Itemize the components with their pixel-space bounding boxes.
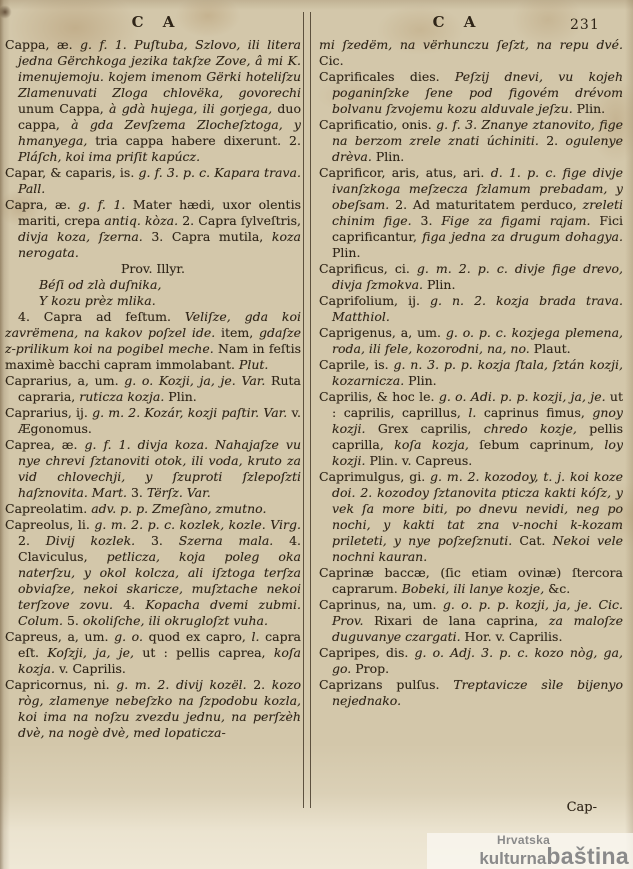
text-segment: Rixari de lana caprina, <box>374 613 549 628</box>
text-segment: 2. <box>546 133 565 148</box>
column-divider-rule <box>303 12 311 808</box>
text-segment: 3. Capra mutila, <box>151 229 272 244</box>
scanned-dictionary-page: { "page": { "header_left": "C A", "heade… <box>0 0 633 869</box>
text-segment: Caprifolium, ij. <box>319 293 430 308</box>
text-segment: Szerna mala. <box>179 533 289 548</box>
text-segment: g. o. <box>114 629 149 644</box>
watermark-word-bastina: baština <box>546 843 629 869</box>
right-text-column: mi ſzedëm, na vërhunczu ſeſzt, na repu d… <box>319 37 623 803</box>
watermark-word-kulturna: kulturna <box>479 849 546 868</box>
entry-caprilis: Caprilis, & hoc le. g. o. Adi. p. p. koz… <box>319 389 623 469</box>
entry-caprifolium: Caprifolium, ij. g. n. 2. kozja brada tr… <box>319 293 623 325</box>
text-segment: ſebum caprinum, <box>479 437 604 452</box>
text-segment: Cat. <box>519 533 552 548</box>
text-segment: Plin. <box>408 373 436 388</box>
text-segment: Caprarius, a, um. <box>5 373 124 388</box>
entry-caprea: Caprea, æ. g. f. 1. divja koza. Nahajaſz… <box>5 437 301 501</box>
entry-verse-1: Béſi od zlà duſnika, <box>5 277 301 293</box>
text-segment: g. m. 2. p. c. kozlek, kozle. Virg. <box>94 517 301 532</box>
entry-caprile: Caprile, is. g. n. 3. p. p. kozja ſtala,… <box>319 357 623 389</box>
text-segment: ut : pellis caprea, <box>142 645 274 660</box>
text-segment: Caprea, æ. <box>5 437 85 452</box>
entry-caprarius-adj: Caprarius, a, um. g. o. Kozji, ja, je. V… <box>5 373 301 405</box>
text-segment: ruticza kozja. <box>79 389 168 404</box>
text-segment: Plin. <box>332 245 360 260</box>
entry-caprigenus: Caprigenus, a, um. g. o. p. c. kozjega p… <box>319 325 623 357</box>
text-segment: divja koza, ſzerna. <box>18 229 151 244</box>
text-segment: g. o. Adi. p. p. kozji, ja, je. <box>439 389 610 404</box>
text-segment: quod ex capro, <box>149 629 252 644</box>
text-segment: Caprizans pulſus. <box>319 677 453 692</box>
text-segment: Cappa, æ. <box>5 37 80 52</box>
text-segment: Caprificus, ci. <box>319 261 417 276</box>
text-segment: Capar, & caparis, is. <box>5 165 138 180</box>
text-segment: Plin. <box>376 149 404 164</box>
text-segment: 4. <box>123 597 145 612</box>
text-segment: Pláſch, koi ima priſit kapúcz. <box>18 149 200 164</box>
text-segment: g. m. 2. Kozár, kozji paſtir. Var. <box>92 405 291 420</box>
text-segment: Caprile, is. <box>319 357 393 372</box>
text-segment: Bobeki, ili lanye kozje, <box>402 581 548 596</box>
text-segment: Prov. Illyr. <box>121 261 185 276</box>
text-segment: Fige za figami rajam. <box>441 213 599 228</box>
running-header-right: C A <box>319 13 589 31</box>
entry-capar: Capar, & caparis, is. g. f. 3. p. c. Kap… <box>5 165 301 197</box>
entry-caprimulgus: Caprimulgus, gi. g. m. 2. kozodoy, t. j.… <box>319 469 623 565</box>
text-segment: Caprimulgus, gi. <box>319 469 430 484</box>
text-segment: g. m. 2. divij kozël. <box>116 677 253 692</box>
text-segment: 3. <box>421 213 442 228</box>
entry-capripes: Capripes, dis. g. o. Adj. 3. p. c. kozo … <box>319 645 623 677</box>
text-segment: Cic. <box>319 53 344 68</box>
text-segment: Plut. <box>239 357 268 372</box>
text-segment: Koſzji, ja, je, <box>47 645 142 660</box>
text-segment: 4. Capra ad feſtum. <box>18 309 185 324</box>
page-number: 231 <box>570 17 620 33</box>
text-segment: adv. p. p. Zmeſàno, zmutno. <box>91 501 266 516</box>
entry-caprificales-dies: Caprificales dies. Peſzij dnevi, vu koje… <box>319 69 623 117</box>
text-segment: tria cappa habere dixerunt. 2. <box>95 133 301 148</box>
entry-capricornus: Capricornus, ni. g. m. 2. divij kozël. 2… <box>5 677 301 741</box>
text-segment: Caprarius, ij. <box>5 405 92 420</box>
watermark-line-bottom: kulturnabaština <box>427 846 633 869</box>
text-segment: Capra, æ. <box>5 197 78 212</box>
entry-caprarius-noun: Caprarius, ij. g. m. 2. Kozár, kozji paſ… <box>5 405 301 437</box>
text-segment: figa jedna za drugum dohagya. <box>422 229 623 244</box>
text-segment: item, <box>221 325 259 340</box>
text-segment: Capripes, dis. <box>319 645 415 660</box>
text-segment: Y kozu prèz mlika. <box>39 293 156 308</box>
text-segment: Caprigenus, a, um. <box>319 325 446 340</box>
text-segment: Prop. <box>355 661 389 676</box>
text-segment: chredo kozje, <box>484 421 590 436</box>
text-segment: Hor. v. Caprilis. <box>465 629 563 644</box>
text-segment: Plin. v. Capreus. <box>370 453 473 468</box>
entry-capreolus: Capreolus, li. g. m. 2. p. c. kozlek, ko… <box>5 517 301 629</box>
entry-caprificatio: Caprificatio, onis. g. f. 3. Znanye ztan… <box>319 117 623 165</box>
entry-capra-ad-festum: 4. Capra ad feſtum. Veliſze, gda koi zav… <box>5 309 301 373</box>
entry-caprificus: Caprificus, ci. g. m. 2. p. c. divje fig… <box>319 261 623 293</box>
text-segment: Divij kozlek. <box>46 533 151 548</box>
text-segment: Plin. <box>577 101 605 116</box>
entry-capreus: Capreus, a, um. g. o. quod ex capro, l. … <box>5 629 301 677</box>
text-segment: caprinus fimus, <box>484 405 593 420</box>
entry-capricornus-continuation: mi ſzedëm, na vërhunczu ſeſzt, na repu d… <box>319 37 623 69</box>
text-segment: g. o. Kozji, ja, je. Var. <box>124 373 271 388</box>
entry-caprizans-pulsus: Caprizans pulſus. Treptavicze sìle bijen… <box>319 677 623 709</box>
text-segment: mi ſzedëm, na vërhunczu ſeſzt, na repu d… <box>319 37 623 52</box>
catchword: Cap- <box>319 800 611 815</box>
text-segment: Plin. <box>168 389 196 404</box>
text-segment: 5. <box>67 613 83 628</box>
entry-verse-2: Y kozu prèz mlika. <box>5 293 301 309</box>
text-segment: Béſi od zlà duſnika, <box>39 277 161 292</box>
text-segment: v. Caprilis. <box>59 661 126 676</box>
text-segment: Caprificatio, onis. <box>319 117 436 132</box>
text-segment: 2. Ad maturitatem perduco, <box>395 197 583 212</box>
entry-caprinae-baccae: Caprinæ baccæ, (ſic etiam ovinæ) ſtercor… <box>319 565 623 597</box>
entry-cappa: Cappa, æ. g. f. 1. Puſtuba, Szlovo, ili … <box>5 37 301 165</box>
text-segment: Capricornus, ni. <box>5 677 116 692</box>
text-segment: Caprinus, na, um. <box>319 597 443 612</box>
text-segment: Grex caprilis, <box>378 421 484 436</box>
text-segment: Capreolatim. <box>5 501 91 516</box>
entry-caprinus: Caprinus, na, um. g. o. p. p. kozji, ja,… <box>319 597 623 645</box>
left-text-column: Cappa, æ. g. f. 1. Puſtuba, Szlovo, ili … <box>5 37 301 803</box>
entry-caprificor: Caprificor, aris, atus, ari. d. 1. p. c.… <box>319 165 623 261</box>
running-header-left: C A <box>5 13 301 31</box>
text-segment: Caprilis, & hoc le. <box>319 389 439 404</box>
text-segment: Capreus, a, um. <box>5 629 114 644</box>
text-segment: antiq. kòza. <box>104 213 182 228</box>
text-segment: Caprificor, aris, atus, ari. <box>319 165 491 180</box>
text-segment: 3. <box>131 485 147 500</box>
text-segment: Plaut. <box>534 341 571 356</box>
text-segment: Plin. <box>427 277 455 292</box>
text-segment: &c. <box>548 581 570 596</box>
text-segment: g. f. 1. <box>78 197 133 212</box>
text-segment: l. <box>252 629 266 644</box>
text-segment: 2. <box>18 533 46 548</box>
text-segment: 3. <box>151 533 179 548</box>
text-segment: okoliſche, ili okrugloſzt vuha. <box>83 613 268 628</box>
entry-prov-illyr: Prov. Illyr. <box>5 261 301 277</box>
text-segment: 2. Capra ſylveſtris, <box>182 213 301 228</box>
text-segment: koſa kozja, <box>394 437 479 452</box>
text-segment: Capreolus, li. <box>5 517 94 532</box>
text-segment: Caprificales dies. <box>319 69 455 84</box>
text-segment: unum Cappa, <box>18 101 109 116</box>
text-segment: l. <box>468 405 483 420</box>
text-segment: à gdà hujega, ili gorjega, <box>109 101 277 116</box>
entry-capra: Capra, æ. g. f. 1. Mater hædi, uxor olen… <box>5 197 301 261</box>
entry-capreolatim: Capreolatim. adv. p. p. Zmeſàno, zmutno. <box>5 501 301 517</box>
text-segment: 2. <box>253 677 272 692</box>
watermark: Hrvatska kulturnabaština <box>427 833 633 869</box>
text-segment: Tërſz. Var. <box>147 485 211 500</box>
